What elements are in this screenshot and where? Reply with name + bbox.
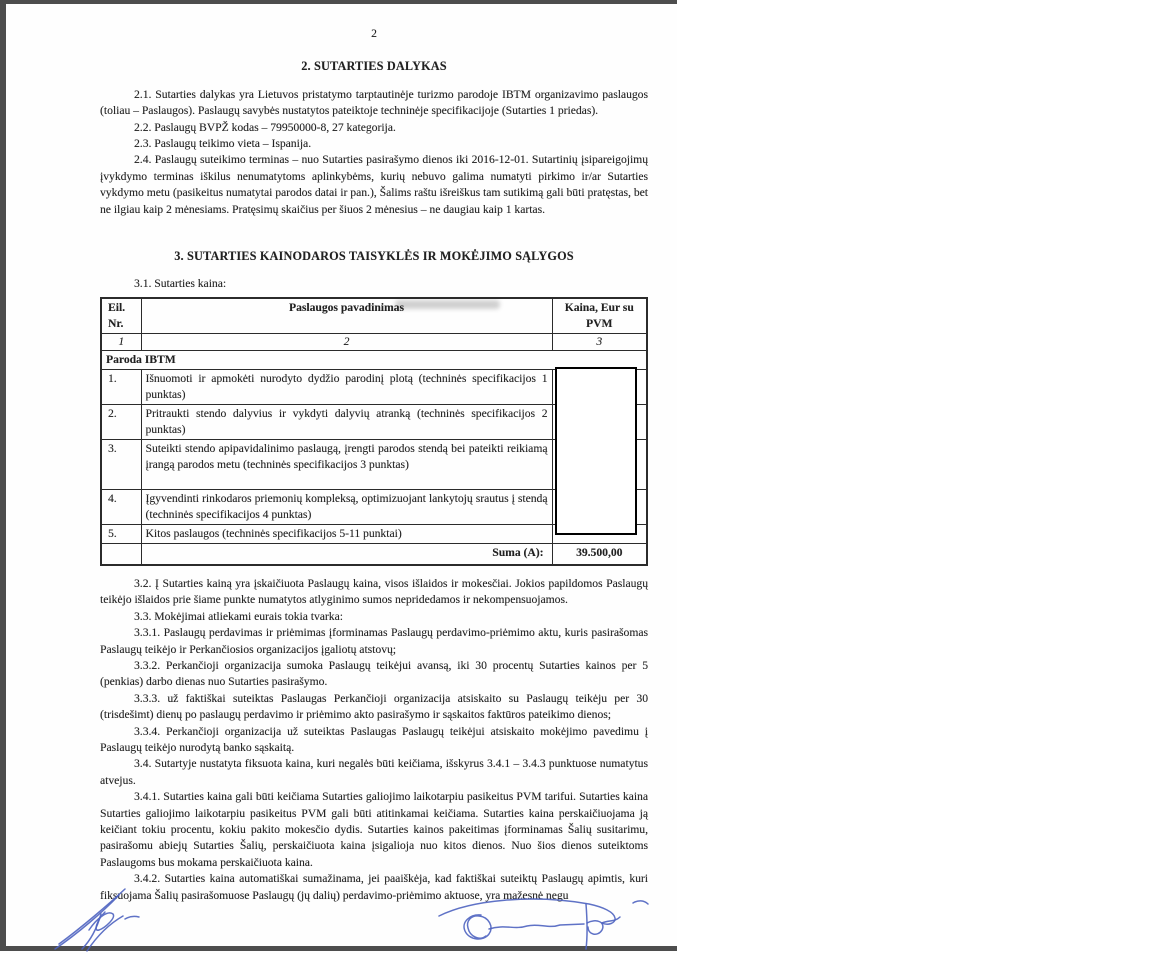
section-2-heading: 2. SUTARTIES DALYKAS bbox=[100, 58, 648, 74]
price-table-wrapper: Eil. Nr. Paslaugos pavadinimas Kaina, Eu… bbox=[100, 297, 648, 566]
header-price-line2: PVM bbox=[557, 316, 643, 332]
price-table-header-row: Eil. Nr. Paslaugos pavadinimas Kaina, Eu… bbox=[101, 298, 647, 334]
col-number-2: 2 bbox=[141, 333, 552, 350]
paragraph-2-1: 2.1. Sutarties dalykas yra Lietuvos pris… bbox=[100, 87, 648, 120]
row-description: Išnuomoti ir apmokėti nurodyto dydžio pa… bbox=[141, 369, 552, 404]
total-empty-cell bbox=[101, 543, 141, 565]
row-description: Pritraukti stendo dalyvius ir vykdyti da… bbox=[141, 404, 552, 439]
row-number: 1. bbox=[101, 369, 141, 404]
row-number: 4. bbox=[101, 489, 141, 524]
scan-edge-top bbox=[0, 0, 677, 4]
total-row: Suma (A): 39.500,00 bbox=[101, 543, 647, 565]
paragraph-3-4-1: 3.4.1. Sutarties kaina gali būti keičiam… bbox=[100, 789, 648, 871]
paragraph-2-3: 2.3. Paslaugų teikimo vieta – Ispanija. bbox=[100, 136, 648, 152]
scan-edge-left bbox=[0, 0, 6, 951]
section-3-heading: 3. SUTARTIES KAINODAROS TAISYKLĖS IR MOK… bbox=[100, 248, 648, 264]
paragraph-3-3-1: 3.3.1. Paslaugų perdavimas ir priėmimas … bbox=[100, 625, 648, 658]
scan-edge-bottom bbox=[0, 946, 677, 951]
header-price-cell: Kaina, Eur su PVM bbox=[552, 298, 647, 334]
paragraph-3-2: 3.2. Į Sutarties kainą yra įskaičiuota P… bbox=[100, 576, 648, 609]
header-nr-line1: Eil. bbox=[108, 300, 137, 316]
paragraph-3-3-3: 3.3.3. už faktiškai suteiktas Paslaugas … bbox=[100, 691, 648, 724]
row-number: 5. bbox=[101, 524, 141, 543]
paragraph-3-4: 3.4. Sutartyje nustatyta fiksuota kaina,… bbox=[100, 756, 648, 789]
row-description: Suteikti stendo apipavidalinimo paslaugą… bbox=[141, 439, 552, 489]
paragraph-2-2: 2.2. Paslaugų BVPŽ kodas – 79950000-8, 2… bbox=[100, 120, 648, 136]
row-description: Įgyvendinti rinkodaros priemonių komplek… bbox=[141, 489, 552, 524]
column-number-row: 1 2 3 bbox=[101, 333, 647, 350]
col-number-3: 3 bbox=[552, 333, 647, 350]
row-number: 2. bbox=[101, 404, 141, 439]
paragraph-3-3: 3.3. Mokėjimai atliekami eurais tokia tv… bbox=[100, 609, 648, 625]
page-content: 2 2. SUTARTIES DALYKAS 2.1. Sutarties da… bbox=[100, 26, 648, 904]
paragraph-2-4: 2.4. Paslaugų suteikimo terminas – nuo S… bbox=[100, 152, 648, 218]
total-value: 39.500,00 bbox=[552, 543, 647, 565]
total-label: Suma (A): bbox=[141, 543, 552, 565]
col-number-1: 1 bbox=[101, 333, 141, 350]
page-number: 2 bbox=[100, 26, 648, 42]
scanned-contract-page: 2 2. SUTARTIES DALYKAS 2.1. Sutarties da… bbox=[0, 0, 677, 954]
paragraph-3-4-2: 3.4.2. Sutarties kaina automatiškai suma… bbox=[100, 871, 648, 904]
paragraph-3-3-4: 3.3.4. Perkančioji organizacija už sutei… bbox=[100, 724, 648, 757]
header-price-line1: Kaina, Eur su bbox=[557, 300, 643, 316]
paragraph-3-3-2: 3.3.2. Perkančioji organizacija sumoka P… bbox=[100, 658, 648, 691]
header-service-cell: Paslaugos pavadinimas bbox=[141, 298, 552, 334]
row-description: Kitos paslaugos (techninės specifikacijo… bbox=[141, 524, 552, 543]
row-number: 3. bbox=[101, 439, 141, 489]
header-nr-line2: Nr. bbox=[108, 316, 137, 332]
paragraph-3-1: 3.1. Sutarties kaina: bbox=[100, 276, 648, 292]
redaction-box bbox=[555, 367, 637, 535]
header-nr-cell: Eil. Nr. bbox=[101, 298, 141, 334]
